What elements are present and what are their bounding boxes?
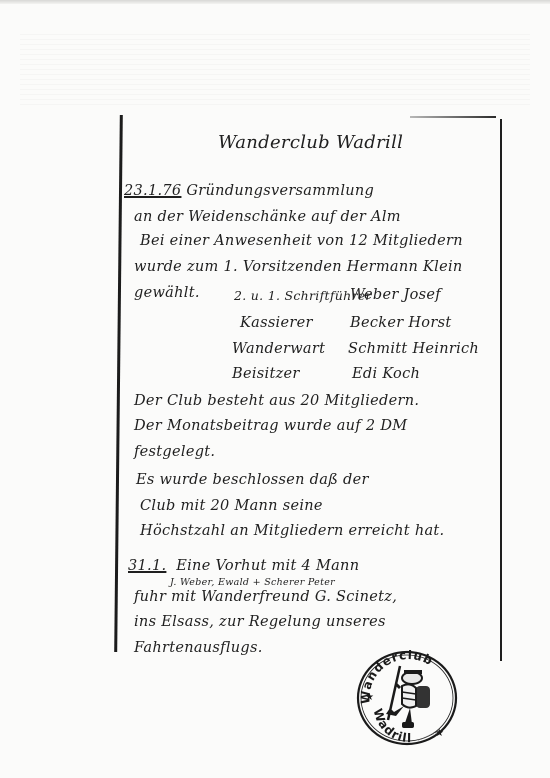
officer-name: Schmitt Heinrich bbox=[348, 341, 479, 357]
entry-line: Bei einer Anwesenheit von 12 Mitgliedern bbox=[140, 233, 463, 249]
entry-line: festgelegt. bbox=[134, 444, 215, 460]
margin-rule-top bbox=[410, 116, 496, 118]
entry-line: Der Monatsbeitrag wurde auf 2 DM bbox=[134, 418, 407, 434]
officer-name: Becker Horst bbox=[350, 315, 451, 331]
scan-edge bbox=[0, 0, 550, 4]
entry-2-heading: 31.1. Eine Vorhut mit 4 Mann bbox=[128, 558, 359, 574]
entry-line: an der Weidenschänke auf der Alm bbox=[134, 209, 401, 225]
entry-line: Gründungsversammlung bbox=[186, 183, 374, 199]
officer-role: Beisitzer bbox=[232, 366, 300, 382]
entry-line: Fahrtenausflugs. bbox=[134, 640, 263, 656]
svg-text:★: ★ bbox=[365, 692, 374, 703]
entry-line: fuhr mit Wanderfreund G. Scinetz, bbox=[134, 589, 397, 605]
svg-text:★: ★ bbox=[435, 728, 444, 739]
margin-rule-right bbox=[500, 119, 502, 661]
entry-line: wurde zum 1. Vorsitzenden Hermann Klein bbox=[134, 259, 463, 275]
entry-line: ins Elsass, zur Regelung unseres bbox=[134, 614, 386, 630]
entry-date: 31.1. bbox=[128, 558, 166, 574]
entry-line: Club mit 20 Mann seine bbox=[140, 498, 323, 514]
entry-insertion: J. Weber, Ewald + Scherer Peter bbox=[170, 577, 335, 588]
entry-date: 23.1.76 bbox=[124, 183, 181, 199]
document-title: Wanderclub Wadrill bbox=[218, 132, 403, 153]
officer-name: Weber Josef bbox=[350, 287, 441, 303]
officer-role: Wanderwart bbox=[232, 341, 325, 357]
margin-rule-left bbox=[114, 115, 123, 652]
entry-line: Eine Vorhut mit 4 Mann bbox=[176, 558, 359, 574]
bleed-through-noise bbox=[20, 30, 530, 105]
entry-line: Höchstzahl an Mitgliedern erreicht hat. bbox=[140, 523, 444, 539]
entry-1-heading: 23.1.76 Gründungsversammlung bbox=[124, 183, 374, 199]
entry-line: gewählt. bbox=[134, 285, 200, 301]
club-stamp: Wanderclub Wadrill ★ ★ bbox=[352, 648, 462, 750]
entry-line: Es wurde beschlossen daß der bbox=[136, 472, 369, 488]
officer-role: Kassierer bbox=[240, 315, 313, 331]
officer-name: Edi Koch bbox=[352, 366, 420, 382]
hiker-with-backpack-icon: Wanderclub Wadrill ★ ★ bbox=[352, 648, 462, 750]
entry-line: Der Club besteht aus 20 Mitgliedern. bbox=[134, 393, 419, 409]
